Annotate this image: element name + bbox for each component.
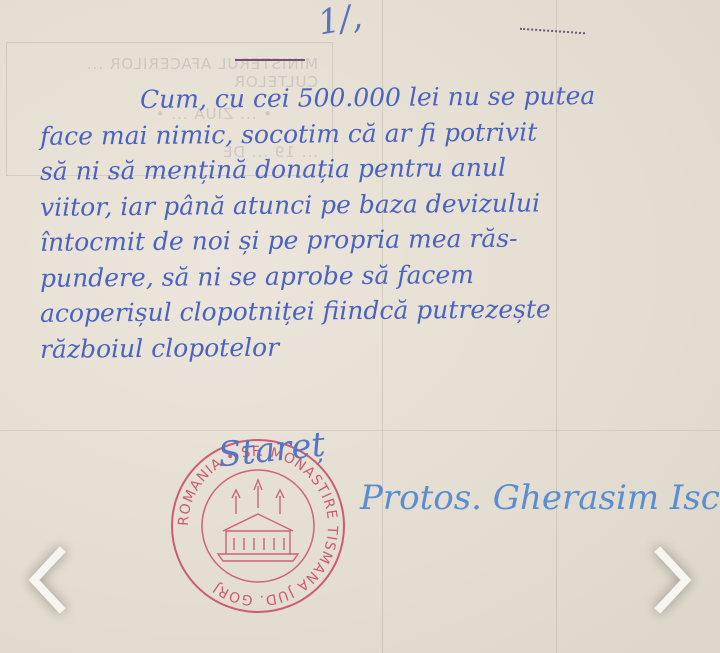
letter-line: viitor, iar până atunci pe baza devizulu… <box>40 184 690 225</box>
letter-line: întocmit de noi și pe propria mea răs- <box>40 219 690 260</box>
signature: Protos. Gherasim Iscu <box>360 478 720 518</box>
previous-image-button[interactable] <box>20 540 76 620</box>
letter-line: să ni să mențină donația pentru anul <box>40 148 690 189</box>
church-icon <box>218 480 298 561</box>
letter-line: Cum, cu cei 500.000 lei nu se putea <box>40 77 690 118</box>
letter-line: pundere, să ni se aprobe să facem <box>40 255 690 296</box>
chevron-left-icon <box>20 540 76 620</box>
image-viewer: MINISTERUL AFACERILOR ... CULTELOR • ...… <box>0 0 720 653</box>
letter-line: războiul clopotelor <box>40 326 690 367</box>
page-mark: 1/, <box>315 0 365 44</box>
letter-line: acoperișul clopotniței fiindcă putrezeșt… <box>40 290 690 331</box>
letter-body: Cum, cu cei 500.000 lei nu se putea face… <box>40 80 690 364</box>
paper-fold <box>0 430 720 431</box>
next-image-button[interactable] <box>644 540 700 620</box>
ink-dash <box>520 28 585 37</box>
chevron-right-icon <box>644 540 700 620</box>
ink-dash <box>235 59 305 61</box>
letter-line: face mai nimic, socotim că ar fi potrivi… <box>40 113 690 154</box>
